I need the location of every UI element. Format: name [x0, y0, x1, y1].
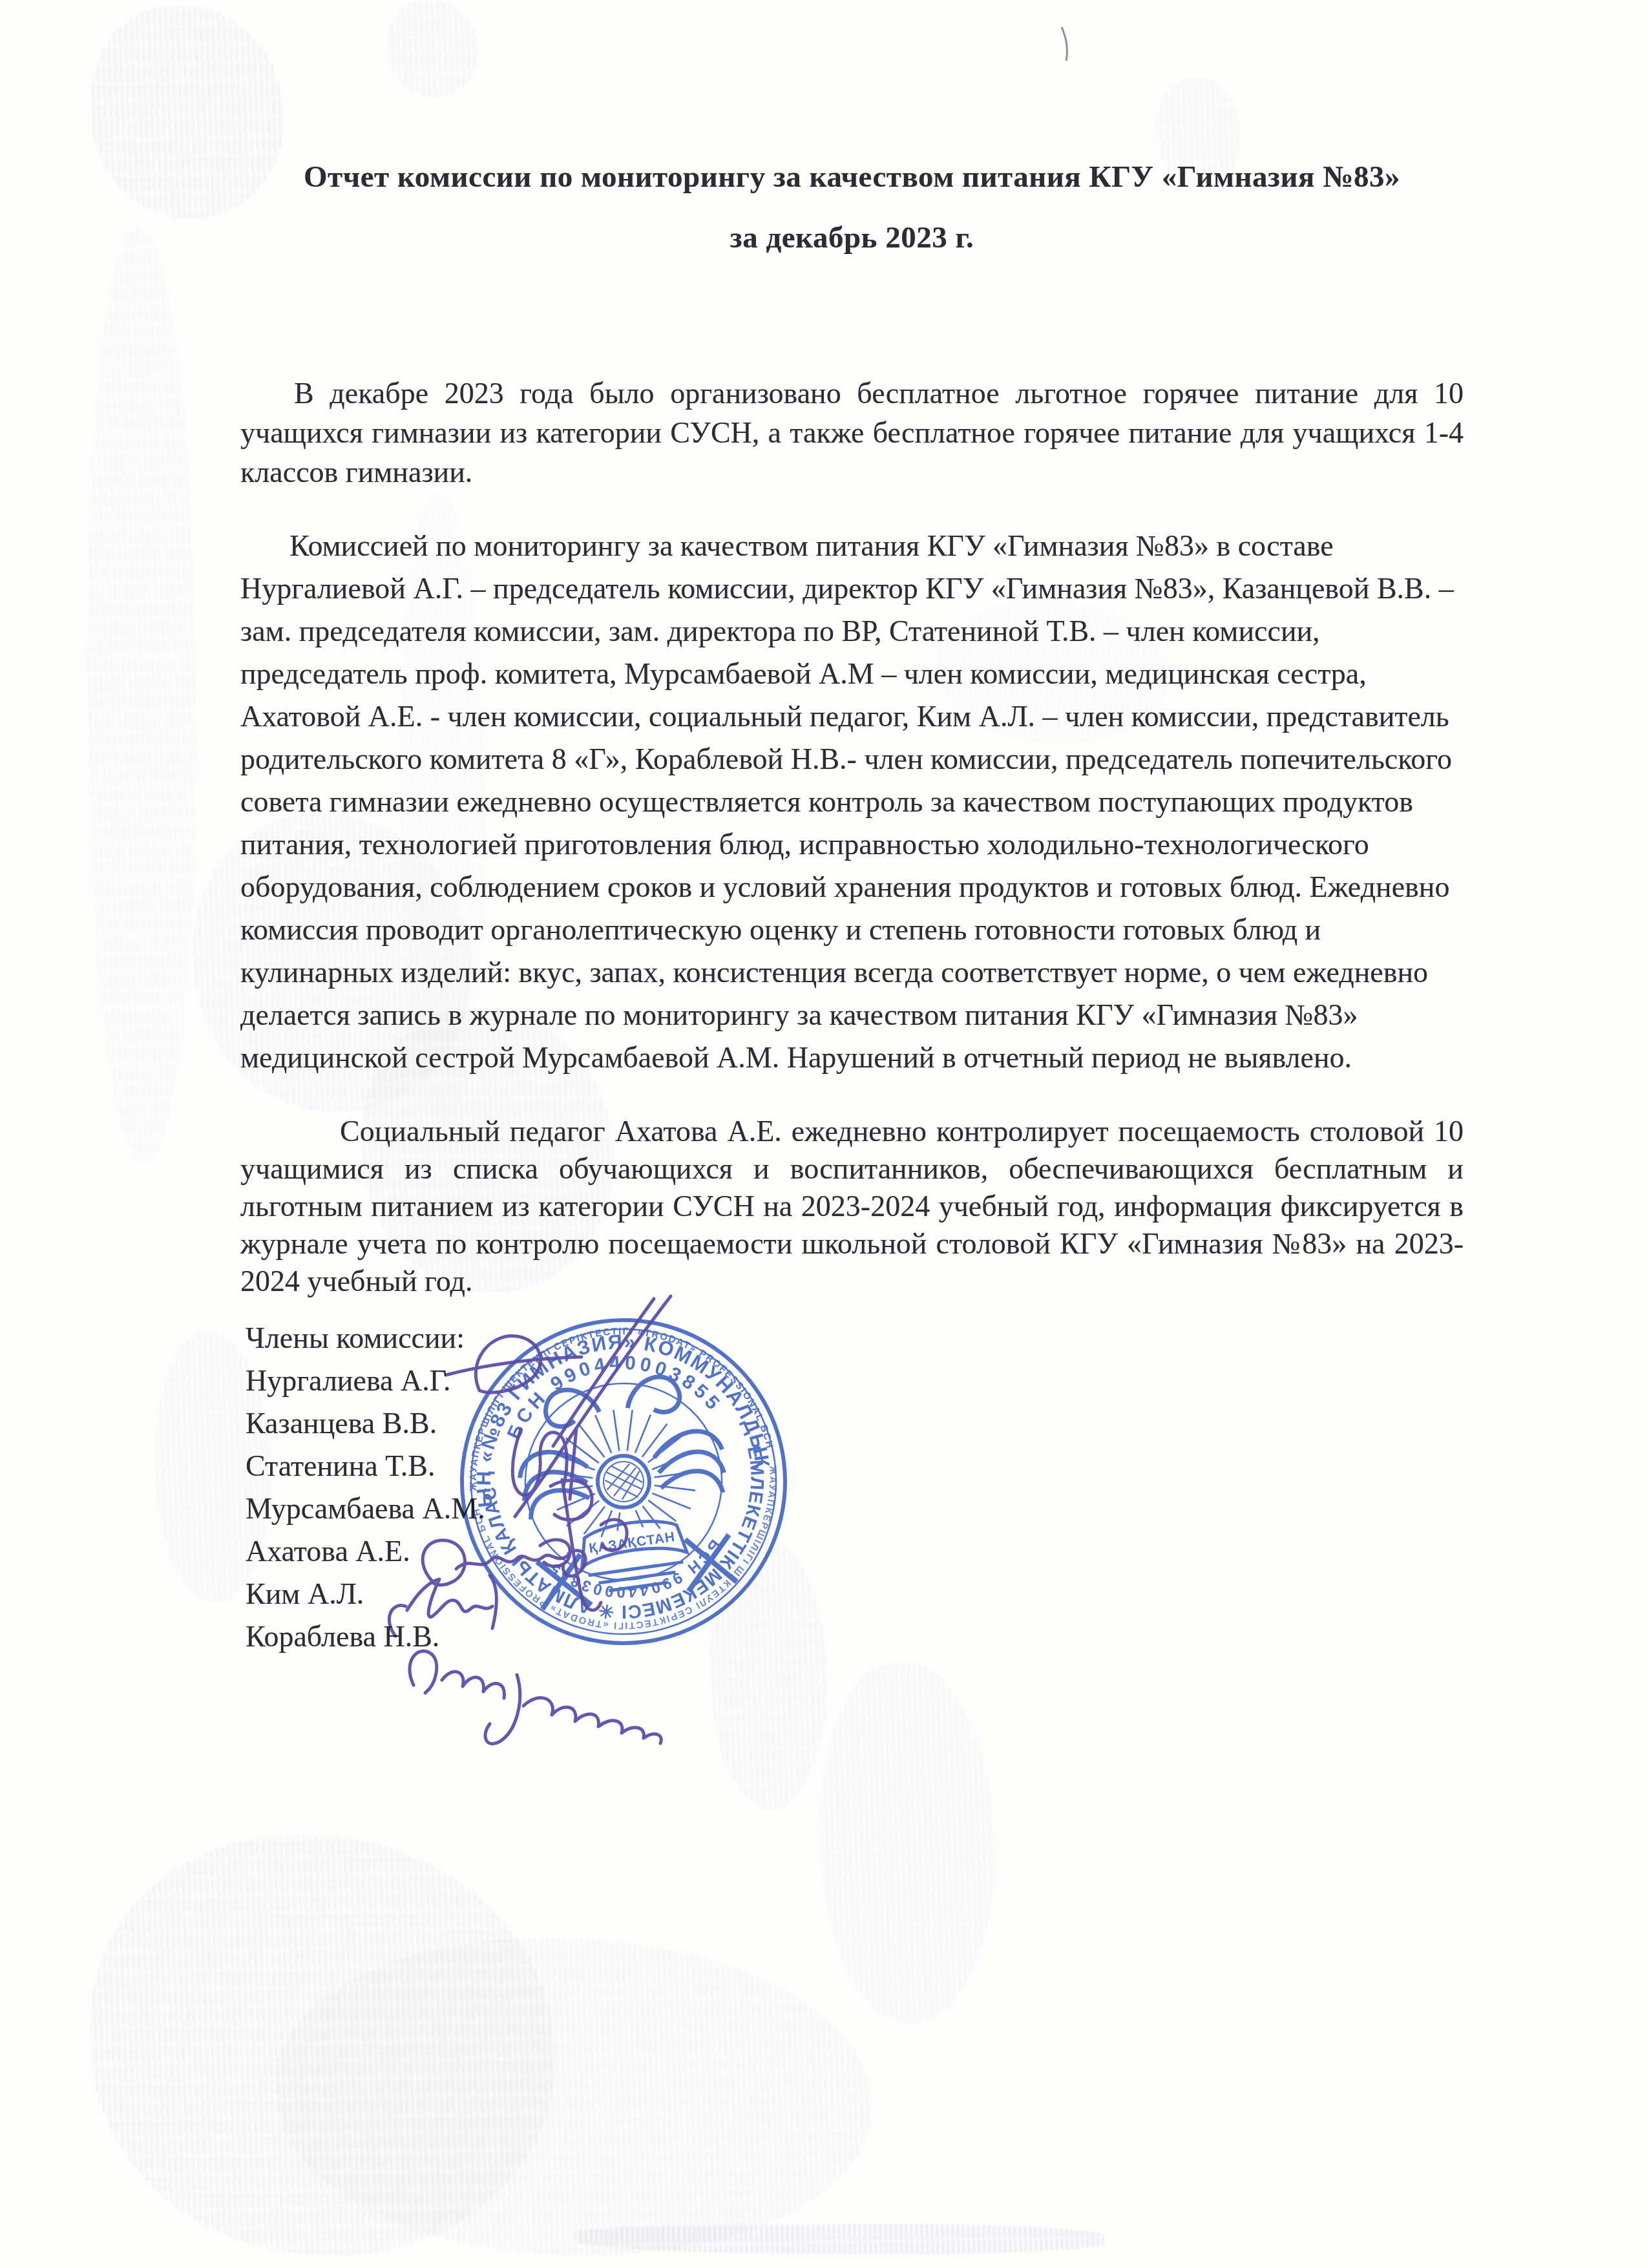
kazakhstan-emblem: ҚАЗАҚСТАН — [509, 1369, 741, 1612]
signature-kazantseva — [512, 1428, 576, 1499]
scan-noise-blue-band — [575, 2224, 1105, 2254]
paragraph-social-pedagog: Социальный педагог Ахатова А.Е. ежедневн… — [240, 1113, 1464, 1300]
signature-korableva — [410, 1651, 661, 1743]
scan-noise — [278, 1938, 872, 2255]
signature-mursambaeva — [540, 1480, 601, 1610]
member-name: Статенина Т.В. — [246, 1445, 485, 1487]
scan-noise — [711, 1538, 827, 1809]
stamp-bin-number-top: БСН 990440003855 — [494, 1338, 728, 1445]
document-title: Отчет комиссии по мониторингу за качеств… — [240, 160, 1464, 194]
member-name: Казанцева В.В. — [246, 1402, 485, 1445]
emblem-banner — [577, 1515, 687, 1567]
members-heading: Члены комиссии: — [246, 1317, 485, 1360]
member-name: Мурсамбаева А.М. — [246, 1487, 485, 1530]
stamp-main-ring-text-top: ЫҢ «№83 ГИМНАЗИЯ» КОММУНАЛДЫҚ — [452, 1310, 774, 1509]
paragraph-commission: Комиссией по мониторингу за качеством пи… — [240, 525, 1464, 1079]
svg-text:БСН 990440003855: БСН 990440003855 — [494, 1338, 728, 1445]
member-name: Нургалиева А.Г. — [246, 1360, 485, 1402]
emblem-banner-label: ҚАЗАҚСТАН — [588, 1529, 677, 1557]
scan-noise — [388, 0, 478, 97]
stamp-outer-ring-text-top: ЖАУАПКЕРШІЛІГІ ШЕКТЕУЛІ СЕРІКТЕСТІГІ «TR… — [448, 1306, 775, 1493]
document-subtitle: за декабрь 2023 г. — [240, 220, 1464, 255]
scanned-report-page: Отчет комиссии по мониторингу за качеств… — [0, 0, 1649, 2268]
member-name: Ким А.Л. — [246, 1573, 485, 1615]
scan-speck — [1062, 27, 1067, 61]
commission-members-list: Члены комиссии: Нургалиева А.Г. Казанцев… — [246, 1317, 485, 1658]
signature-statenina — [551, 1480, 627, 1550]
member-name: Ахатова А.Е. — [246, 1530, 485, 1573]
stamp-bin-number-bottom: БСН 990440003855 — [543, 1535, 730, 1612]
paragraph-intro: В декабре 2023 года было организовано бе… — [240, 373, 1464, 492]
scan-noise — [821, 1661, 995, 2022]
svg-text:ЫҢ «№83 ГИМНАЗИЯ» КОММУНАЛДЫҚ: ЫҢ «№83 ГИМНАЗИЯ» КОММУНАЛДЫҚ — [452, 1310, 774, 1509]
svg-text:БСН 990440003855: БСН 990440003855 — [543, 1535, 730, 1612]
svg-text:ЖАУАПКЕРШІЛІГІ ШЕКТЕУЛІ СЕРІКТ: ЖАУАПКЕРШІЛІГІ ШЕКТЕУЛІ СЕРІКТЕСТІГІ «TR… — [448, 1306, 775, 1493]
member-name: Кораблева Н.В. — [246, 1615, 485, 1658]
scan-noise — [87, 226, 197, 1163]
